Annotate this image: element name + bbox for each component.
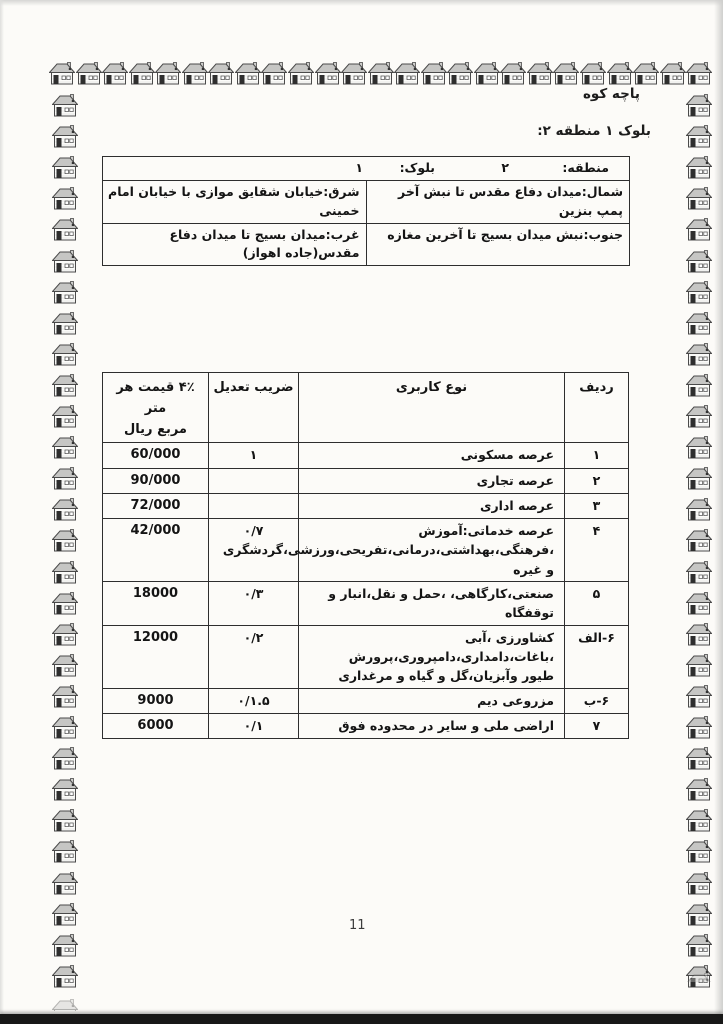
usage-type-cell: عرصه مسکونی <box>299 443 565 468</box>
house-icon <box>52 653 78 677</box>
house-icon <box>261 61 287 85</box>
house-icon <box>52 684 78 708</box>
house-icon <box>341 61 367 85</box>
row-id-cell: ۵ <box>565 581 629 625</box>
boundary-north-cell: شمال:میدان دفاع مقدس تا نبش آخر پمپ بنزی… <box>366 181 630 224</box>
header-price-line2: مربع ریال <box>105 420 206 441</box>
row-id-cell: ۶-ب <box>565 688 629 713</box>
house-icon <box>52 155 78 179</box>
house-icon <box>52 591 78 615</box>
house-icon <box>686 777 712 801</box>
house-icon <box>52 871 78 895</box>
page-number: 11 <box>349 918 366 933</box>
house-icon <box>686 497 712 521</box>
house-icon <box>686 560 712 584</box>
row-id-cell: ۶-الف <box>565 625 629 688</box>
house-icon <box>52 311 78 335</box>
house-icon <box>686 404 712 428</box>
price-cell: 12000 <box>103 625 209 688</box>
adjustment-coefficient-cell: ۰/۲ <box>209 625 299 688</box>
header-usage-type: نوع کاربری <box>299 373 565 443</box>
house-icon <box>686 217 712 241</box>
house-icon <box>686 435 712 459</box>
page-title: پاچه كوه <box>583 86 640 102</box>
row-id-cell: ۱ <box>565 443 629 468</box>
block-label: بلوک: <box>400 159 435 178</box>
boundaries-table: منطقه: ۲ بلوک: ۱ شمال:میدان دفاع مقدس تا… <box>102 156 630 266</box>
house-icon <box>52 777 78 801</box>
header-adjustment-coefficient: ضریب تعدیل <box>209 373 299 443</box>
house-icon <box>52 964 78 988</box>
scan-edge-bottom <box>0 1014 723 1024</box>
adjustment-coefficient-cell <box>209 493 299 518</box>
house-icon <box>52 622 78 646</box>
usage-type-cell: عرصه تجاری <box>299 468 565 493</box>
house-icon <box>686 61 712 85</box>
house-icon <box>686 715 712 739</box>
block-region-subtitle: بلوک ۱ منطقه ۲: <box>537 123 651 139</box>
table-row: جنوب:نبش میدان بسیج تا آخرین مغازه غرب:م… <box>103 223 630 266</box>
house-icon <box>52 808 78 832</box>
house-icon <box>686 746 712 770</box>
house-icon <box>686 653 712 677</box>
row-id-cell: ۴ <box>565 518 629 581</box>
boundary-west-cell: غرب:میدان بسیج تا میدان دفاع مقدس(جاده ا… <box>103 223 367 266</box>
price-cell: 42/000 <box>103 518 209 581</box>
house-icon <box>182 61 208 85</box>
boundary-east-cell: شرق:خیابان شقایق موازی با خیابان امام خم… <box>103 181 367 224</box>
house-icon <box>52 528 78 552</box>
boundary-south-cell: جنوب:نبش میدان بسیج تا آخرین مغازه <box>366 223 630 266</box>
house-icon <box>686 808 712 832</box>
table-row: ۶-ب مزروعی دیم ۰/۱.۵ 9000 <box>103 688 629 713</box>
house-icon <box>52 186 78 210</box>
house-icon <box>633 61 659 85</box>
region-value: ۲ <box>501 159 509 178</box>
house-icon <box>686 871 712 895</box>
adjustment-coefficient-cell <box>209 468 299 493</box>
usage-type-cell: اراضی ملی و سایر در محدوده فوق <box>299 713 565 738</box>
house-icon <box>686 839 712 863</box>
row-id-cell: ۲ <box>565 468 629 493</box>
house-icon <box>52 715 78 739</box>
table-row: منطقه: ۲ بلوک: ۱ <box>103 157 630 181</box>
header-row-id: ردیف <box>565 373 629 443</box>
row-id-cell: ۷ <box>565 713 629 738</box>
house-icon <box>52 435 78 459</box>
house-icon <box>686 591 712 615</box>
house-icon <box>52 217 78 241</box>
price-cell: 9000 <box>103 688 209 713</box>
usage-type-cell: صنعتی،کارگاهی، ،حمل و نقل،انبار و توقفگا… <box>299 581 565 625</box>
usage-type-cell: مزروعی دیم <box>299 688 565 713</box>
house-icon <box>686 684 712 708</box>
adjustment-coefficient-cell: ۱ <box>209 443 299 468</box>
price-cell: 60/000 <box>103 443 209 468</box>
house-icon <box>447 61 473 85</box>
house-icon <box>52 249 78 273</box>
house-icon <box>686 466 712 490</box>
house-icon <box>52 373 78 397</box>
house-icon <box>686 155 712 179</box>
house-icon <box>52 404 78 428</box>
price-cell: 18000 <box>103 581 209 625</box>
house-icon <box>155 61 181 85</box>
region-block-cell: منطقه: ۲ بلوک: ۱ <box>103 157 630 181</box>
house-icon <box>52 902 78 926</box>
house-icon <box>208 61 234 85</box>
house-icon <box>52 933 78 957</box>
house-icon <box>52 466 78 490</box>
price-cell: 72/000 <box>103 493 209 518</box>
house-icon <box>76 61 102 85</box>
house-icon <box>235 61 261 85</box>
house-icon <box>686 528 712 552</box>
house-icon <box>686 933 712 957</box>
house-icon <box>686 311 712 335</box>
row-id-cell: ۳ <box>565 493 629 518</box>
house-icon <box>686 124 712 148</box>
house-icon <box>288 61 314 85</box>
house-icon <box>474 61 500 85</box>
house-icon <box>52 124 78 148</box>
header-price-line1: ۴٪ قیمت هر متر <box>105 378 206 420</box>
table-row: ۵ صنعتی،کارگاهی، ،حمل و نقل،انبار و توقف… <box>103 581 629 625</box>
house-icon <box>527 61 553 85</box>
house-icon <box>421 61 447 85</box>
adjustment-coefficient-cell: ۰/۳ <box>209 581 299 625</box>
house-icon <box>607 61 633 85</box>
house-icon <box>686 280 712 304</box>
house-icon <box>686 972 712 982</box>
scan-edge-top <box>0 0 723 6</box>
price-cell: 90/000 <box>103 468 209 493</box>
house-icon <box>102 61 128 85</box>
usage-type-cell: عرصه اداری <box>299 493 565 518</box>
table-row: ۲ عرصه تجاری 90/000 <box>103 468 629 493</box>
house-icon <box>52 93 78 117</box>
header-price: ۴٪ قیمت هر متر مربع ریال <box>103 373 209 443</box>
house-icon <box>52 342 78 366</box>
table-row: شمال:میدان دفاع مقدس تا نبش آخر پمپ بنزی… <box>103 181 630 224</box>
house-icon <box>52 746 78 770</box>
house-icon <box>52 998 78 1011</box>
table-row: ۶-الف کشاورزی ،آبی ،باغات،دامداری،دامپرو… <box>103 625 629 688</box>
scanned-document-page: پاچه كوه بلوک ۱ منطقه ۲: منطقه: ۲ بلوک: … <box>0 0 723 1024</box>
scan-edge-left <box>0 0 4 1024</box>
table-row: ۱ عرصه مسکونی ۱ 60/000 <box>103 443 629 468</box>
house-icon <box>580 61 606 85</box>
table-row: ۴ عرصه خدماتی:آموزش ،فرهنگی،بهداشتی،درما… <box>103 518 629 581</box>
house-icon <box>394 61 420 85</box>
house-icon <box>52 839 78 863</box>
house-icon <box>368 61 394 85</box>
adjustment-coefficient-cell: ۰/۱ <box>209 713 299 738</box>
house-icon <box>129 61 155 85</box>
scan-edge-right <box>714 0 723 1024</box>
region-label: منطقه: <box>562 159 609 178</box>
house-icon <box>52 497 78 521</box>
house-icon <box>315 61 341 85</box>
house-icon <box>686 902 712 926</box>
house-icon <box>660 61 686 85</box>
house-icon <box>686 93 712 117</box>
house-icon <box>52 280 78 304</box>
land-price-table: ردیف نوع کاربری ضریب تعدیل ۴٪ قیمت هر مت… <box>102 372 629 739</box>
usage-type-cell: کشاورزی ،آبی ،باغات،دامداری،دامپروری،پرو… <box>299 625 565 688</box>
usage-type-cell: عرصه خدماتی:آموزش ،فرهنگی،بهداشتی،درمانی… <box>299 518 565 581</box>
price-cell: 6000 <box>103 713 209 738</box>
house-icon <box>686 186 712 210</box>
house-icon <box>52 560 78 584</box>
house-icon <box>49 61 75 85</box>
adjustment-coefficient-cell: ۰/۱.۵ <box>209 688 299 713</box>
block-value: ۱ <box>355 159 363 178</box>
house-icon <box>686 622 712 646</box>
house-icon <box>500 61 526 85</box>
house-icon <box>686 249 712 273</box>
house-icon <box>553 61 579 85</box>
table-row: ۳ عرصه اداری 72/000 <box>103 493 629 518</box>
table-row: ۷ اراضی ملی و سایر در محدوده فوق ۰/۱ 600… <box>103 713 629 738</box>
table-header-row: ردیف نوع کاربری ضریب تعدیل ۴٪ قیمت هر مت… <box>103 373 629 443</box>
house-icon <box>686 342 712 366</box>
house-icon <box>686 373 712 397</box>
